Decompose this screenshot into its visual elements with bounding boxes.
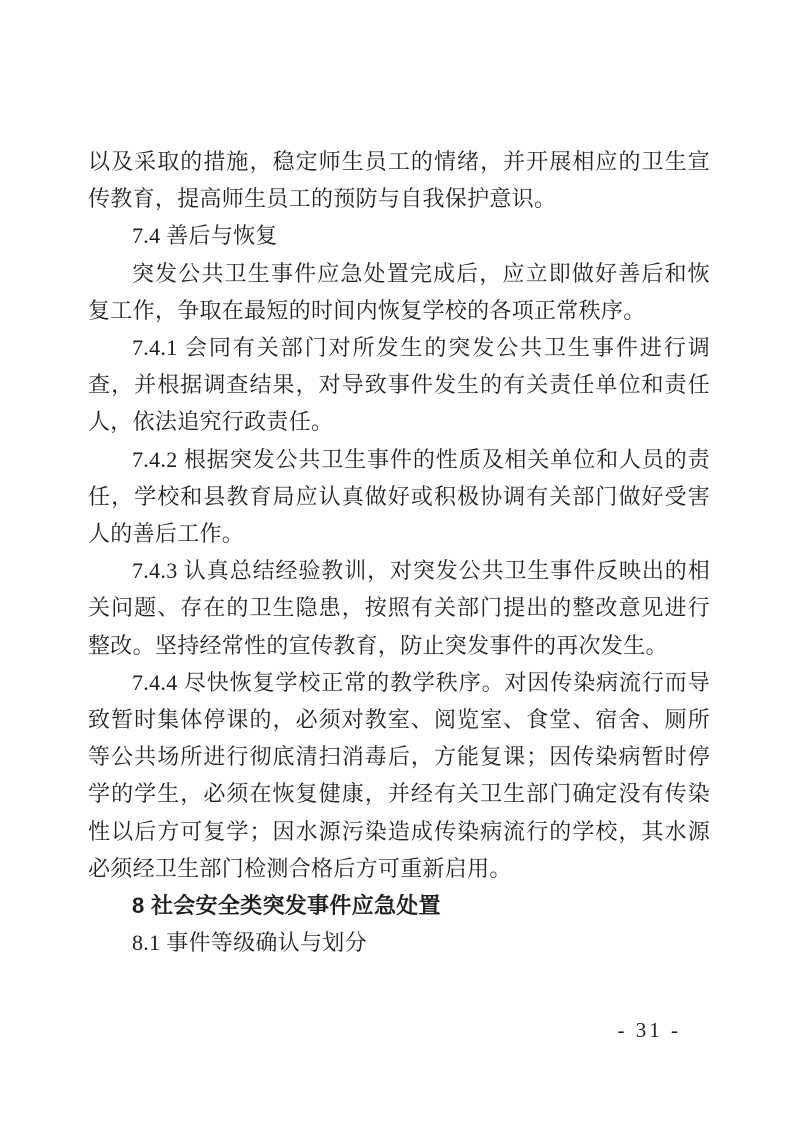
- paragraph-7-4-1: 7.4.1 会同有关部门对所发生的突发公共卫生事件进行调查，并根据调查结果，对导…: [88, 329, 710, 441]
- heading-7-4: 7.4 善后与恢复: [88, 217, 710, 254]
- section-8-heading: 8 社会安全类突发事件应急处置: [88, 887, 710, 924]
- paragraph-7-4-2: 7.4.2 根据突发公共卫生事件的性质及相关单位和人员的责任，学校和县教育局应认…: [88, 441, 710, 553]
- paragraph-7-4-intro: 突发公共卫生事件应急处置完成后，应立即做好善后和恢复工作，争取在最短的时间内恢复…: [88, 255, 710, 329]
- document-page: 以及采取的措施，稳定师生员工的情绪，并开展相应的卫生宣传教育，提高师生员工的预防…: [0, 0, 793, 1122]
- section-8-1-heading: 8.1 事件等级确认与划分: [88, 924, 710, 961]
- paragraph-7-4-4: 7.4.4 尽快恢复学校正常的教学秩序。对因传染病流行而导致暂时集体停课的，必须…: [88, 664, 710, 887]
- paragraph-7-4-3: 7.4.3 认真总结经验教训，对突发公共卫生事件反映出的相关问题、存在的卫生隐患…: [88, 552, 710, 664]
- page-number: - 31 -: [618, 1018, 682, 1043]
- body-text-continuation: 以及采取的措施，稳定师生员工的情绪，并开展相应的卫生宣传教育，提高师生员工的预防…: [88, 143, 710, 217]
- page-text-block: 以及采取的措施，稳定师生员工的情绪，并开展相应的卫生宣传教育，提高师生员工的预防…: [88, 143, 710, 961]
